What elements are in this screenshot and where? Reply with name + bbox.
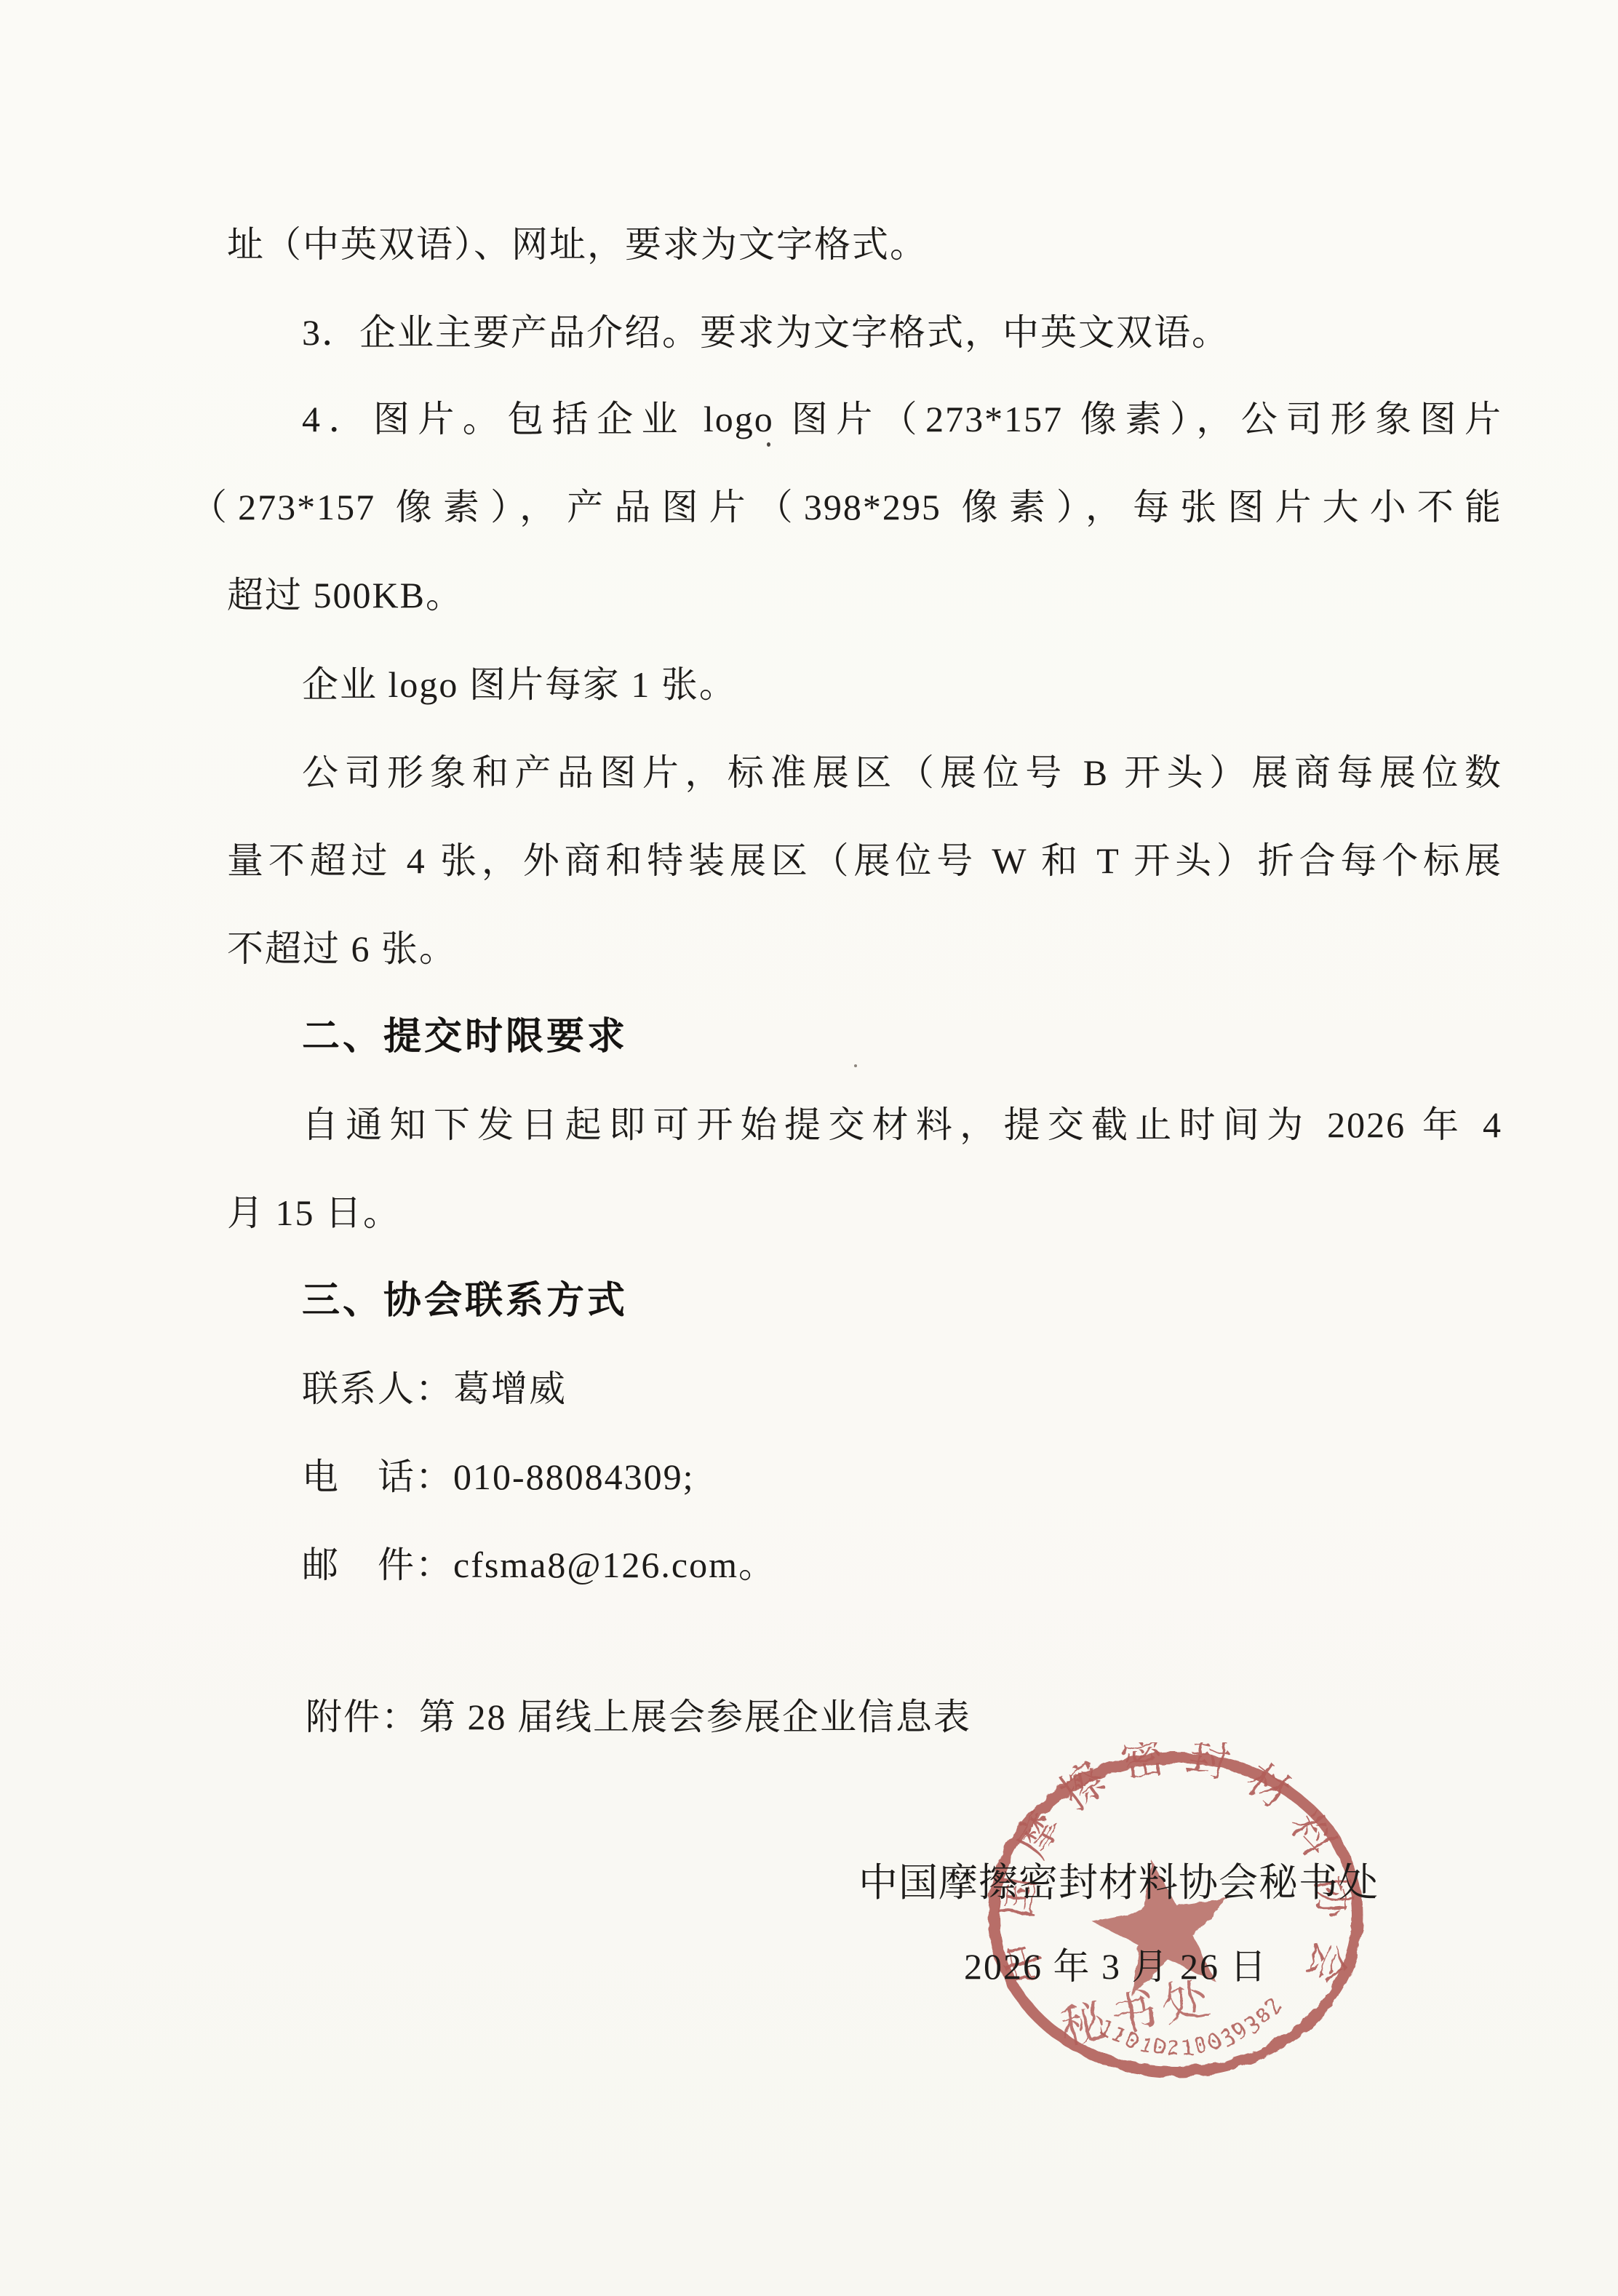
body-line: 址（中英双语）、网址，要求为文字格式。 [227, 201, 928, 288]
scan-speck [311, 419, 313, 421]
signature-org: 中国摩擦密封材料协会秘书处 [858, 1839, 1379, 1926]
body-line: 月 15 日。 [227, 1169, 401, 1256]
body-line: 量不超过 4 张，外商和特装展区（展位号 W 和 T 开头）折合每个标展 [227, 817, 1502, 904]
body-line: 超过 500KB。 [227, 551, 463, 639]
body-line: 不超过 6 张。 [227, 905, 457, 992]
contact-person-line: 联系人：葛增威 [302, 1345, 567, 1432]
signature-date: 2026 年 3 月 26 日 [964, 1923, 1268, 2010]
body-line: 自通知下发日起即可开始提交材料，提交截止时间为 2026 年 4 [302, 1081, 1502, 1168]
section-heading-2: 二、提交时限要求 [302, 993, 628, 1080]
contact-email-line: 邮 件：cfsma8@126.com。 [302, 1521, 776, 1609]
scanned-notice-page: 址（中英双语）、网址，要求为文字格式。 3．企业主要产品介绍。要求为文字格式，中… [0, 0, 1618, 2296]
contact-phone-line: 电 话：010-88084309; [302, 1433, 695, 1520]
section-heading-3: 三、协会联系方式 [302, 1257, 628, 1344]
scan-speck [854, 1064, 857, 1067]
attachment-line: 附件：第 28 届线上展会参展企业信息表 [306, 1673, 971, 1761]
body-line: （273*157 像素），产品图片（398*295 像素），每张图片大小不能 [191, 463, 1502, 551]
body-line: 4．图片。包括企业 logo 图片（273*157 像素），公司形象图片 [302, 375, 1502, 463]
body-line: 企业 logo 图片每家 1 张。 [302, 641, 737, 728]
body-line: 3．企业主要产品介绍。要求为文字格式，中英文双语。 [302, 289, 1230, 376]
scan-speck [767, 442, 770, 447]
body-line: 公司形象和产品图片，标准展区（展位号 B 开头）展商每展位数 [302, 729, 1502, 816]
